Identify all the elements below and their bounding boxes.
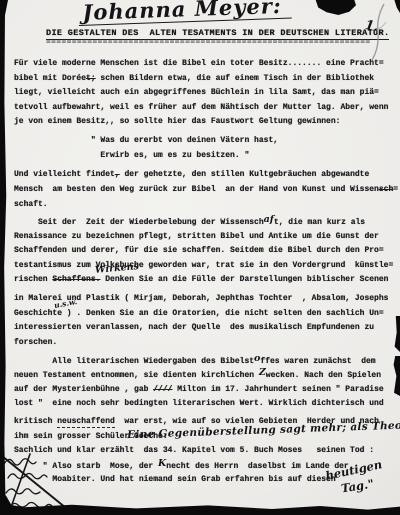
typed-text: Milton im 17. Jahrhundert seinen " Parad… xyxy=(172,385,383,394)
typed-text: Und vielleicht findet xyxy=(14,170,115,179)
typed-text: neuen Testament entnommen, sie dienten k… xyxy=(14,371,259,380)
typescript-line: schaft. xyxy=(14,200,48,210)
typescript-line: liegt, vielleicht auch ein abgegriffenes… xyxy=(14,88,379,98)
photo-edge-top-blob xyxy=(314,0,356,15)
typescript-line: Erwirb es, um es zu besitzen. " xyxy=(14,151,249,161)
typed-text: t; xyxy=(86,74,96,83)
typed-text: ffes waren zunächst dem xyxy=(260,357,375,366)
typed-text: Denken Sie an die Fülle der Darstellunge… xyxy=(100,275,388,284)
typed-text: Geschichte ) . Denken Sie an die Oratori… xyxy=(14,309,384,318)
typescript-line: lost " eine noch sehr bedingten literari… xyxy=(14,399,384,409)
typed-text: sch xyxy=(379,185,393,194)
typed-text: bibel mit Dorée xyxy=(14,74,86,83)
title-underline: ========================================… xyxy=(46,38,371,47)
photo-edge-right-mark-a xyxy=(394,316,400,352)
typescript-line: Geschichte ) . Denken Sie an die Oratori… xyxy=(14,309,384,319)
handwritten-correction: K xyxy=(158,458,166,469)
typed-text: Mensch am besten den Weg zurück zur Bibe… xyxy=(14,185,379,194)
typescript-line: Alle literarischen Wiedergaben des Bibel… xyxy=(14,356,376,367)
author-signature: Johanna Meyer: xyxy=(78,0,292,26)
crossed-out-scribble xyxy=(0,452,78,514)
typed-text: " Was du ererbt von deinen Vätern hast, xyxy=(14,136,278,145)
typescript-line: Und vielleicht findet, der gehetzte, den… xyxy=(14,170,369,180)
typed-text: Seit der Zeit der Wiederbelebung der Wis… xyxy=(14,218,264,227)
typed-text: Schaffenden und derer, für die sie schaf… xyxy=(14,246,384,255)
typed-text: Alle literarischen Wiedergaben des Bibel… xyxy=(14,357,254,366)
typescript-line: neuen Testament entnommen, sie dienten k… xyxy=(14,370,381,381)
typescript-line: auf der Mysterienbühne , gab //// Milton… xyxy=(14,385,384,395)
typed-text: kritisch xyxy=(14,417,57,426)
typescript-line: Schaffenden und derer, für die sie schaf… xyxy=(14,246,384,256)
typed-text: forschen. xyxy=(14,338,57,347)
photo-edge-top-right-corner xyxy=(393,0,400,13)
typed-text: t, die man kurz als xyxy=(274,218,365,227)
typescript-line: testantismus zum Volksbuche geworden war… xyxy=(14,261,393,271)
typed-text: //// xyxy=(153,385,172,394)
typescript-line: " Was du ererbt von deinen Vätern hast, xyxy=(14,136,278,146)
typescript-line: je von einem Besitz,, so sollte hier das… xyxy=(14,117,340,127)
typed-text: je von einem Besitz,, so sollte hier das… xyxy=(14,117,340,126)
photo-edge-left xyxy=(0,0,8,515)
typed-text: necht des Herrn daselbst im Lande der xyxy=(166,462,348,471)
typed-text: interessierten veranlassen, nach der Que… xyxy=(14,323,374,332)
crease-line xyxy=(366,2,392,62)
handwritten-correction: af xyxy=(264,214,274,225)
typed-text: liegt, vielleicht auch ein abgegriffenes… xyxy=(14,88,379,97)
typed-text: lost " eine noch sehr bedingten literari… xyxy=(14,399,384,408)
typed-text: Erwirb es, um es zu besitzen. " xyxy=(14,151,249,160)
typed-text: schaft. xyxy=(14,200,48,209)
annotation-wirkens: Wirkens xyxy=(95,261,140,276)
typed-text: der gehetzte, den stillen Kultgebräuchen… xyxy=(120,170,370,179)
typed-text: wecken. Nach den Spielen xyxy=(266,371,381,380)
handwritten-correction: o xyxy=(254,353,260,364)
photo-edge-right-mark-b xyxy=(392,356,400,396)
annotation-tag: Tag." xyxy=(340,477,375,496)
photographed-typescript-page: Johanna Meyer: 1. DIE GESTALTEN DES ALTE… xyxy=(0,0,400,515)
typescript-line: Für viele moderne Menschen ist die Bibel… xyxy=(14,59,384,69)
typescript-line: rischen Schaffens. Denken Sie an die Fül… xyxy=(14,275,388,285)
typed-text: neuschaffend xyxy=(57,417,115,428)
typed-text: rischen xyxy=(14,275,52,284)
typed-text: = xyxy=(393,185,398,194)
typescript-line: Mensch am besten den Weg zurück zur Bibe… xyxy=(14,185,398,195)
typescript-line: bibel mit Doréet; schen Bildern etwa, di… xyxy=(14,74,374,84)
typed-text: schen Bildern etwa, die auf einem Tisch … xyxy=(96,74,374,83)
handwritten-correction: Z xyxy=(259,367,266,378)
typed-text: Für viele moderne Menschen ist die Bibel… xyxy=(14,59,384,68)
typescript-line: Renaissance zu bezeichnen pflegt, stritt… xyxy=(14,232,379,242)
typed-text: auf der Mysterienbühne , gab xyxy=(14,385,153,394)
typed-text: tetvoll aufbewahrt, weil es früher auf d… xyxy=(14,103,388,112)
typed-text: testantismus zum Volksbuche geworden war… xyxy=(14,261,393,270)
typed-text: Schaffens. xyxy=(52,275,100,284)
typed-text: Renaissance zu bezeichnen pflegt, stritt… xyxy=(14,232,379,241)
typescript-line: Seit der Zeit der Wiederbelebung der Wis… xyxy=(14,217,365,228)
typescript-line: forschen. xyxy=(14,338,57,348)
typescript-line: interessierten veranlassen, nach der Que… xyxy=(14,323,374,333)
typescript-line: tetvoll aufbewahrt, weil es früher auf d… xyxy=(14,103,388,113)
